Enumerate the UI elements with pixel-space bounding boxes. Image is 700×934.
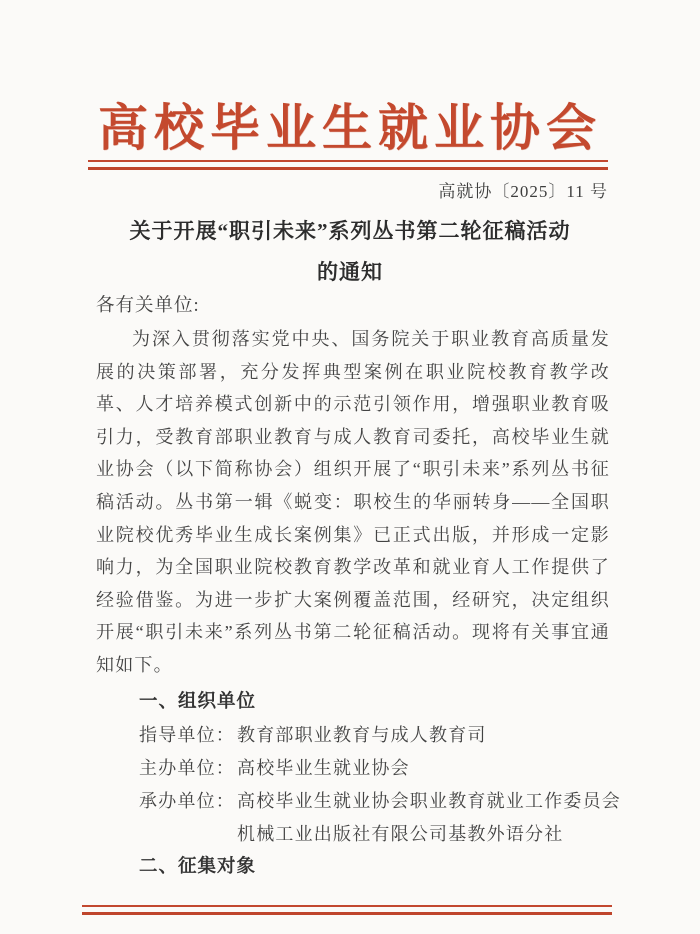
organizer-label-guidance: 指导单位： — [139, 719, 237, 752]
organizer-label-host: 主办单位： — [139, 752, 237, 785]
letterhead-org-name: 高校毕业生就业协会 — [0, 88, 700, 160]
salutation: 各有关单位: — [96, 291, 200, 317]
organizer-row-host: 主办单位： 高校毕业生就业协会 — [139, 752, 410, 785]
section-heading-collection-targets: 二、征集对象 — [139, 852, 256, 878]
body-paragraph: 为深入贯彻落实党中央、国务院关于职业教育高质量发展的决策部署，充分发挥典型案例在… — [96, 323, 610, 682]
document-title-line1: 关于开展“职引未来”系列丛书第二轮征稿活动 — [0, 211, 700, 252]
organizer-row-guidance: 指导单位： 教育部职业教育与成人教育司 — [139, 719, 487, 752]
organizer-value-undertaker-line2: 机械工业出版社有限公司基教外语分社 — [237, 818, 621, 851]
document-number: 高就协〔2025〕11 号 — [0, 177, 608, 202]
organizer-label-undertaker: 承办单位： — [139, 785, 237, 850]
organizer-row-undertaker: 承办单位： 高校毕业生就业协会职业教育就业工作委员会 机械工业出版社有限公司基教… — [139, 785, 621, 850]
organizer-values-undertaker: 高校毕业生就业协会职业教育就业工作委员会 机械工业出版社有限公司基教外语分社 — [237, 785, 621, 850]
organizer-value-host: 高校毕业生就业协会 — [237, 752, 410, 785]
document-page: 高校毕业生就业协会 高就协〔2025〕11 号 关于开展“职引未来”系列丛书第二… — [0, 0, 700, 934]
document-title-line2: 的通知 — [0, 252, 700, 293]
organizer-value-guidance: 教育部职业教育与成人教育司 — [237, 719, 487, 752]
letterhead-rule — [88, 160, 608, 170]
section-heading-organizers: 一、组织单位 — [139, 687, 256, 713]
document-title: 关于开展“职引未来”系列丛书第二轮征稿活动 的通知 — [0, 211, 700, 293]
footer-rule — [82, 905, 612, 915]
organizer-value-undertaker-line1: 高校毕业生就业协会职业教育就业工作委员会 — [237, 785, 621, 818]
